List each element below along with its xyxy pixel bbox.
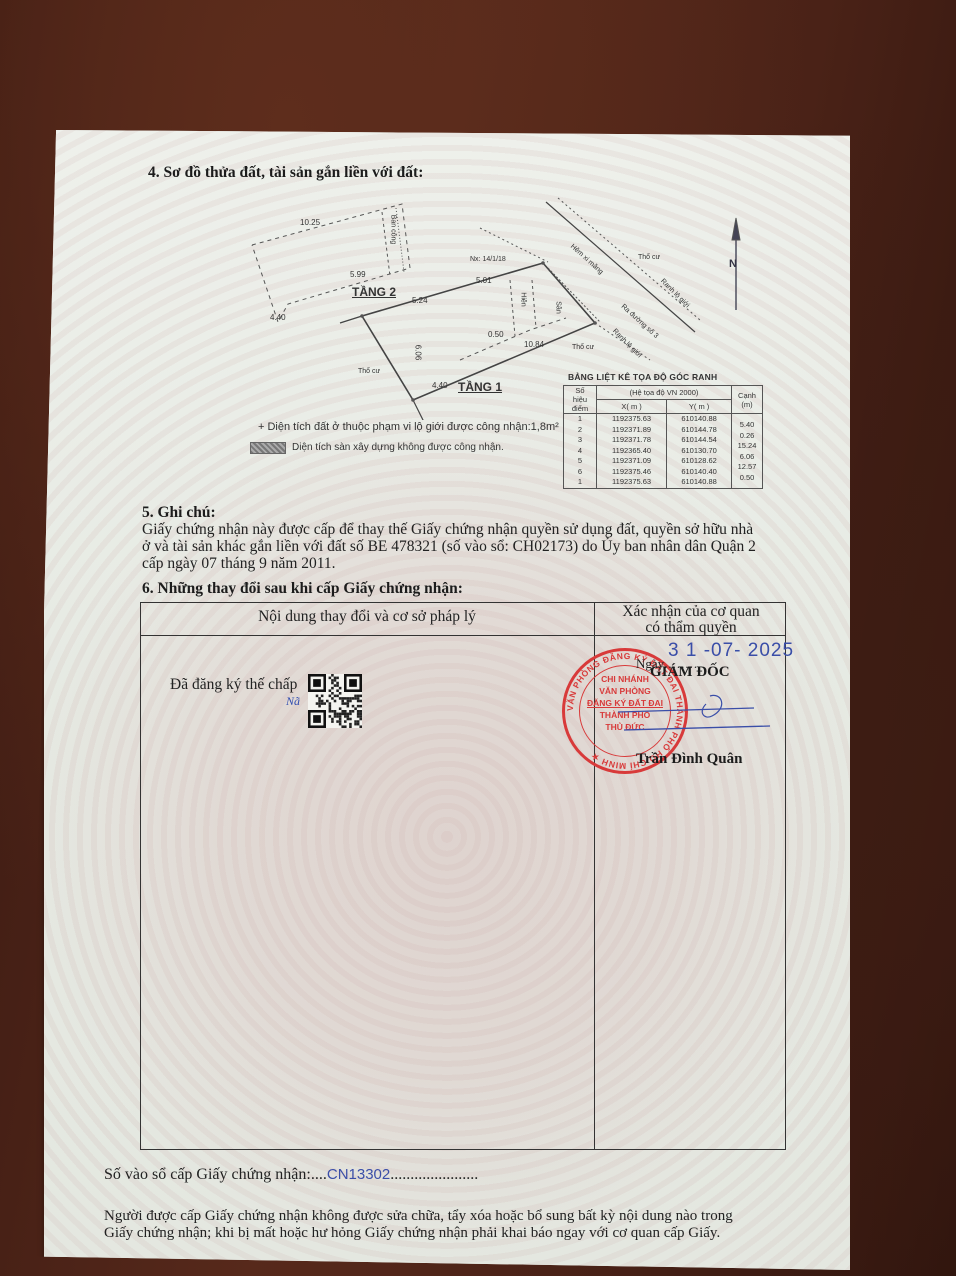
coord-col-edge: Cạnh (m) — [732, 386, 763, 414]
warning-line: Người được cấp Giấy chứng nhận không đượ… — [104, 1208, 804, 1225]
floor1-label: TẦNG 1 — [458, 380, 502, 394]
coord-row: 61192375.46610140.400.50 — [564, 467, 763, 478]
dim-label: 4.40 — [270, 313, 286, 322]
mortgage-entry: Đã đăng ký thế chấp — [170, 676, 297, 693]
coord-col-y: Y( m ) — [667, 400, 732, 414]
coord-row: 51192371.09610128.6212.57 — [564, 456, 763, 467]
dim-label: 10.25 — [300, 218, 320, 227]
approval-date: 3 1 -07- 2025 — [668, 640, 794, 662]
initials-signature: Nã — [286, 694, 300, 709]
balcony-label: Ban công — [389, 215, 396, 245]
signer-name: Trần Đình Quân — [636, 751, 742, 768]
registry-dots: ...................... — [390, 1166, 478, 1183]
registry-label: Số vào sổ cấp Giấy chứng nhận:.... — [104, 1166, 327, 1183]
dim-label: 4.40 — [432, 381, 448, 390]
dim-label: 0.50 — [488, 330, 504, 339]
section6-title: 6. Những thay đổi sau khi cấp Giấy chứng… — [142, 580, 463, 598]
col-header-content: Nội dung thay đổi và cơ sở pháp lý — [140, 608, 594, 626]
coord-col-point: Số hiệu điểm — [564, 386, 597, 414]
note-line: cấp ngày 07 tháng 9 năm 2011. — [142, 555, 802, 572]
section5-note: Giấy chứng nhận này được cấp để thay thế… — [142, 521, 802, 572]
position-title: GIÁM ĐỐC — [650, 664, 730, 681]
coord-col-x: X( m ) — [597, 400, 667, 414]
coord-table: Số hiệu điểm (Hệ tọa độ VN 2000) Cạnh (m… — [563, 385, 763, 489]
col-header-confirm: Xác nhận của cơ quan có thẩm quyền — [596, 604, 786, 636]
registry-value: CN13302 — [327, 1166, 390, 1183]
confirm-header-line: có thẩm quyền — [596, 620, 786, 636]
dim-label: 5.01 — [476, 276, 492, 285]
coord-table-title: BẢNG LIỆT KÊ TỌA ĐỘ GÓC RANH — [568, 372, 717, 382]
dim-label: 10.84 — [524, 340, 544, 349]
dim-label: 5.99 — [350, 270, 366, 279]
qr-code-icon — [308, 674, 362, 728]
coord-row: 41192365.40610130.706.06 — [564, 446, 763, 457]
coord-row: 11192375.63610140.88 — [564, 477, 763, 488]
confirm-header-line: Xác nhận của cơ quan — [596, 604, 786, 620]
note-line: Giấy chứng nhận này được cấp để thay thế… — [142, 521, 802, 538]
dim-label: 6.06 — [413, 345, 422, 361]
porch-label: Hiên — [520, 292, 527, 306]
note-line: ở và tài sản khác gắn liền với đất số BE… — [142, 538, 802, 555]
coord-row: 31192371.78610144.5415.24 — [564, 435, 763, 446]
coord-row: 21192371.89610144.780.26 — [564, 425, 763, 436]
house-number-label: Nx: 14/1/18 — [470, 256, 506, 263]
north-icon: N — [729, 258, 737, 270]
floor2-label: TẦNG 2 — [352, 285, 396, 299]
area-note: + Diện tích đất ở thuộc phạm vi lộ giới … — [258, 421, 559, 433]
yard-label: Sân — [555, 301, 562, 313]
section5-title: 5. Ghi chú: — [142, 504, 216, 522]
warning-line: Giấy chứng nhận; khi bị mất hoặc hư hỏng… — [104, 1225, 804, 1242]
edge-length: 5.40 — [732, 414, 763, 425]
residential-label-top: Thổ cư — [638, 254, 660, 261]
hatched-legend-text: Diện tích sàn xây dựng không được công n… — [292, 442, 504, 453]
coord-row: 11192375.63610140.885.40 — [564, 414, 763, 425]
warning-text: Người được cấp Giấy chứng nhận không đượ… — [104, 1208, 804, 1242]
coord-col-system: (Hệ tọa độ VN 2000) — [597, 386, 732, 400]
signature — [600, 690, 770, 740]
residential-label-bottom: Thổ cư — [572, 344, 594, 351]
registry-number-line: Số vào sổ cấp Giấy chứng nhận:....CN1330… — [104, 1166, 478, 1183]
residential-label-left: Thổ cư — [358, 368, 380, 375]
hatched-legend-swatch — [250, 442, 286, 454]
dim-label: 5.24 — [412, 296, 428, 305]
